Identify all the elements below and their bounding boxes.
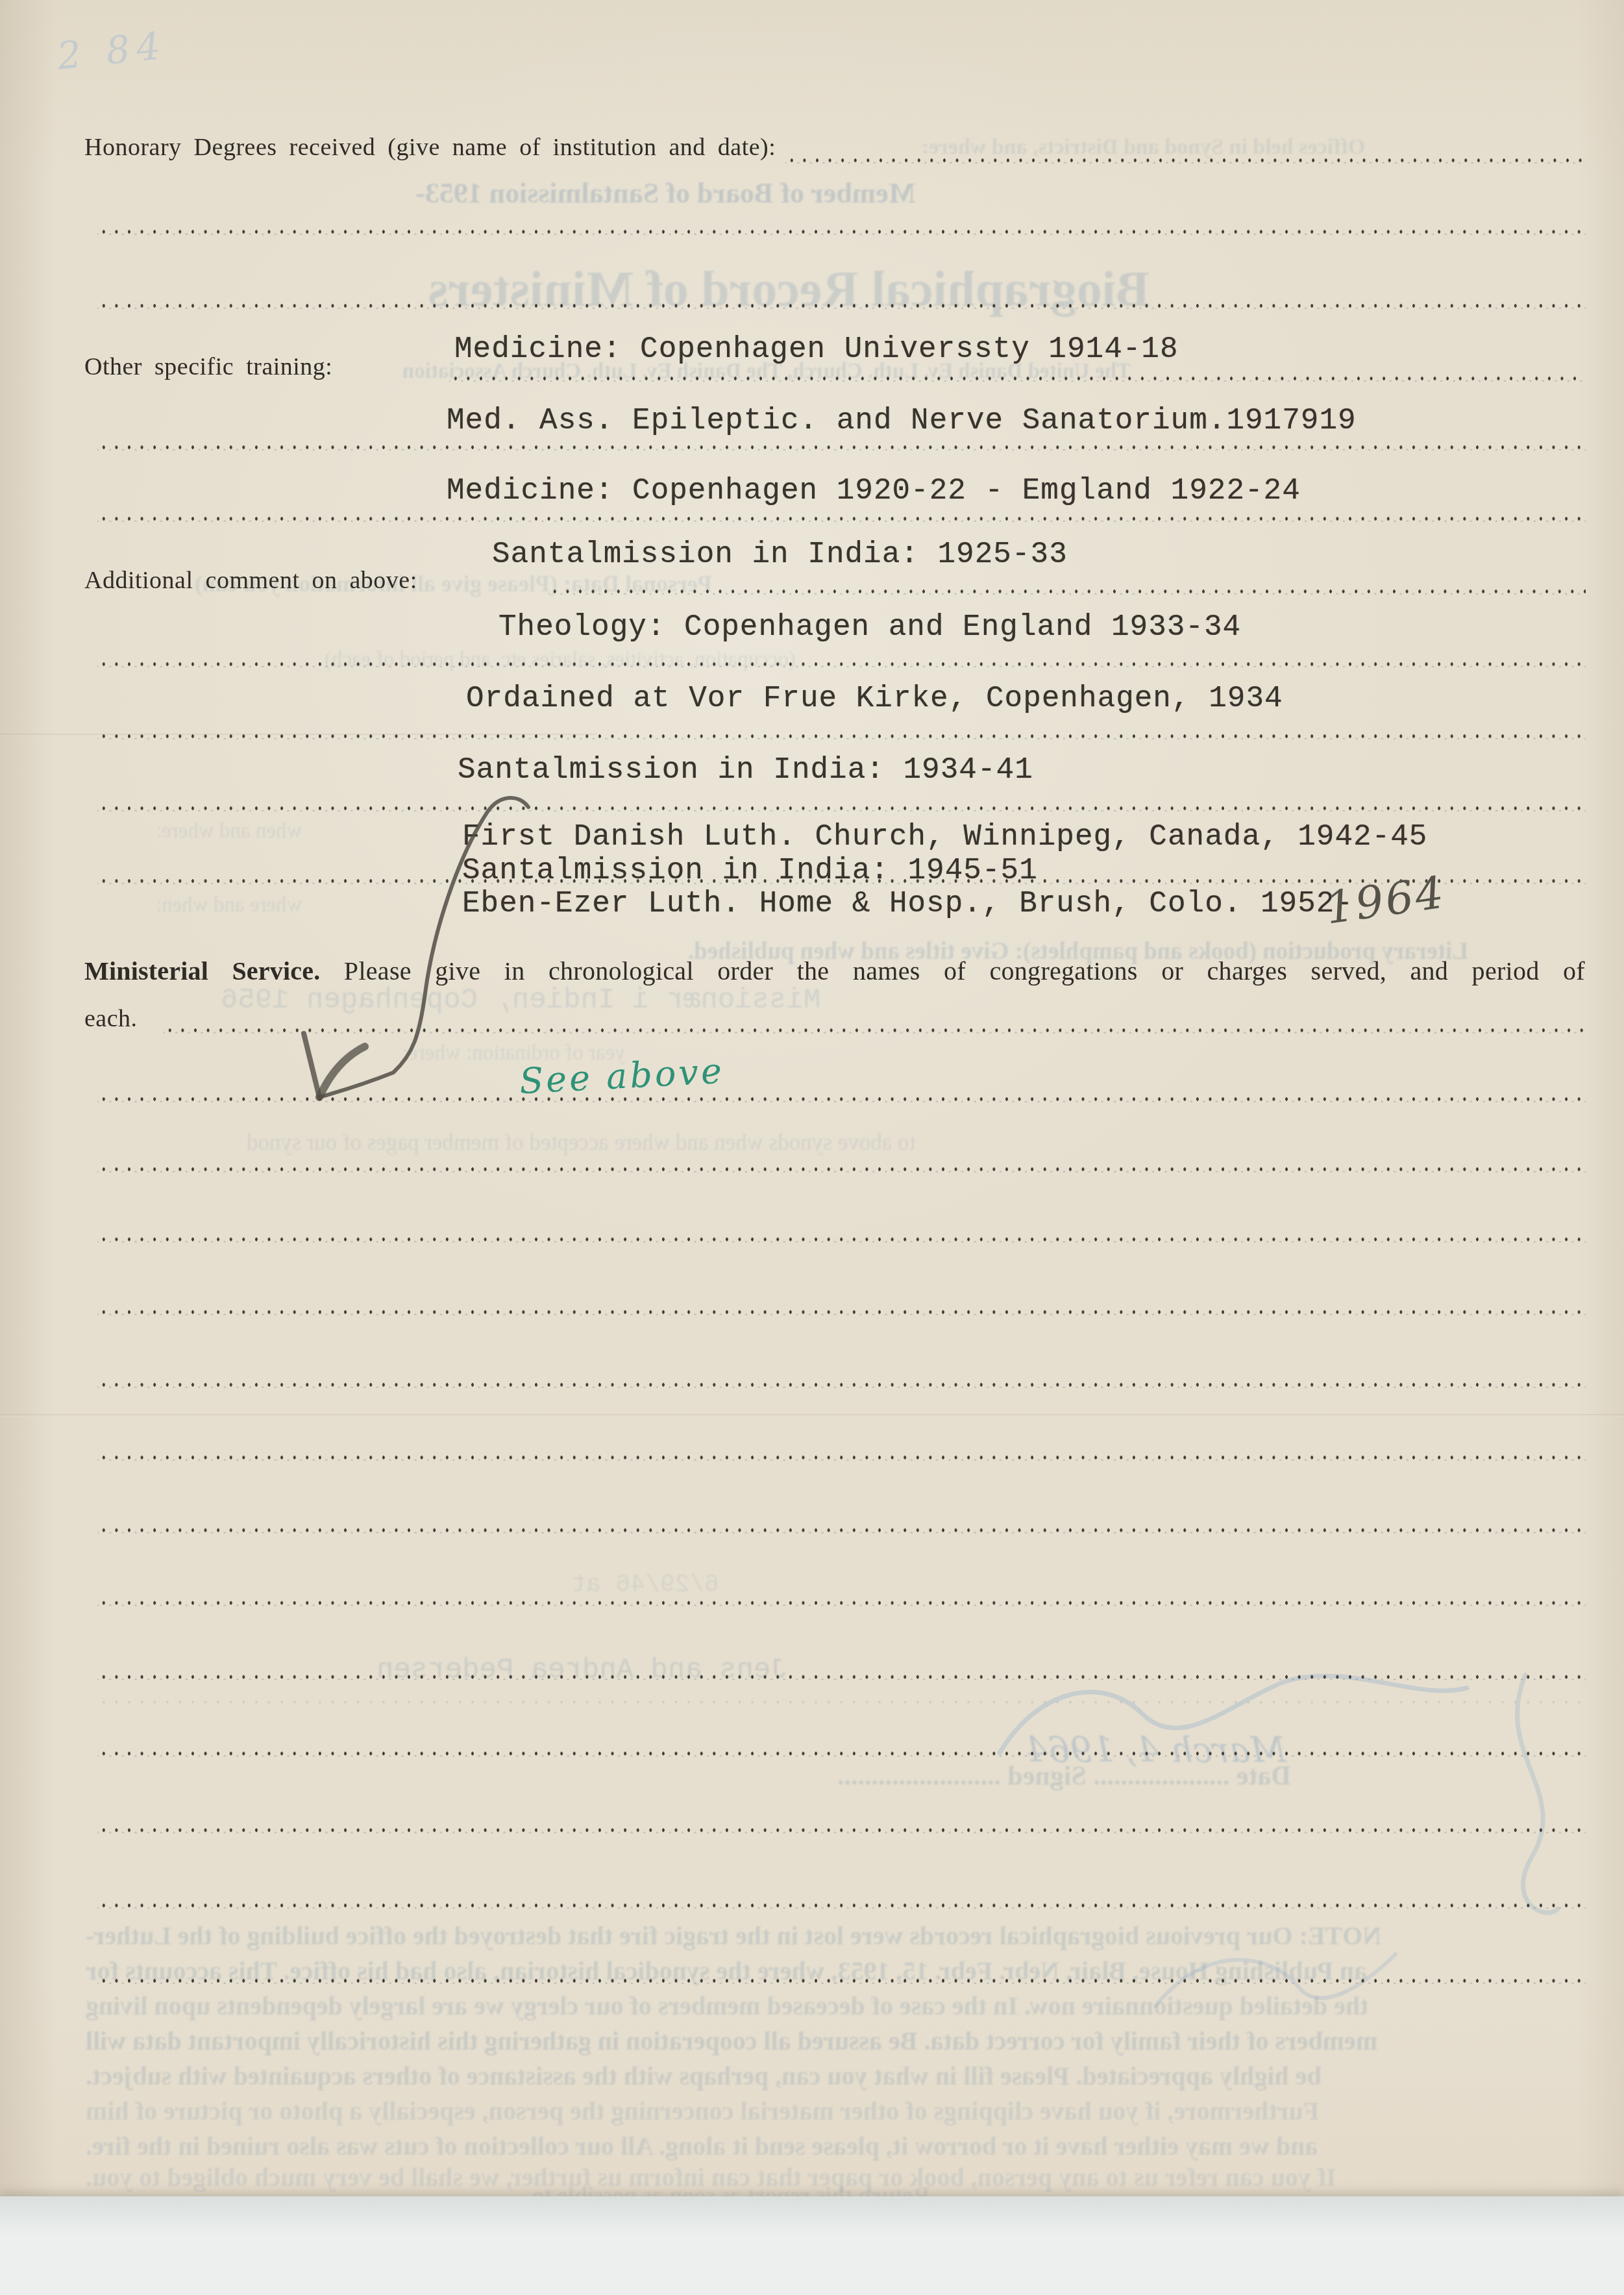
dotted-answer-line bbox=[97, 1452, 1586, 1461]
bleed-dotted-line bbox=[97, 1698, 1586, 1706]
dotted-answer-line bbox=[97, 1824, 1586, 1833]
typed-entry: Santalmission in India: 1925-33 bbox=[492, 538, 1068, 571]
ministerial-service-paragraph: Ministerial Service. Please give in chro… bbox=[84, 956, 1585, 986]
bleed-through-text: NOTE: Our previous biographical records … bbox=[86, 1920, 1381, 1951]
typed-entry: Medicine: Copenhagen 1920-22 - Emgland 1… bbox=[447, 474, 1301, 508]
typed-entry: Theology: Copenhagen and England 1933-34 bbox=[498, 610, 1241, 644]
dotted-answer-line bbox=[97, 1671, 1586, 1680]
dotted-answer-line bbox=[97, 802, 1586, 812]
typed-entry: Med. Ass. Epileptic. and Nerve Sanatoriu… bbox=[447, 404, 1357, 438]
bleed-through-text: members of their family for correct data… bbox=[86, 2026, 1377, 2056]
typed-entry: Medicine: Copenhagen Universsty 1914-18 bbox=[454, 332, 1179, 366]
ministerial-service-text: Please give in chronological order the n… bbox=[320, 956, 1585, 986]
dotted-answer-line bbox=[449, 373, 1586, 382]
ministerial-each-label: each. bbox=[84, 1004, 138, 1033]
paper-crease bbox=[0, 1414, 1624, 1417]
bleed-through-text: 6/29/46 at bbox=[571, 1571, 719, 1599]
bleed-through-text: Member of Board of Santalmission 1953- bbox=[415, 177, 915, 210]
bleed-through-text: Missionær i Indien, Copenhagen 1956 bbox=[221, 984, 820, 1017]
typed-entry: Santalmission in India: 1934-41 bbox=[458, 753, 1033, 787]
bleed-through-text: where and when: bbox=[156, 893, 302, 917]
scanned-form-page: 2 84 Honorary Degrees received (give nam… bbox=[0, 0, 1624, 2295]
other-training-label: Other specific training: bbox=[84, 353, 332, 381]
bleed-through-text: Biographical Record of Ministers bbox=[428, 260, 1150, 318]
dotted-answer-line bbox=[97, 513, 1586, 522]
dotted-answer-line bbox=[97, 1748, 1586, 1757]
dotted-answer-line bbox=[97, 1234, 1586, 1243]
typed-entry: First Danish Luth. Church, Winnipeg, Can… bbox=[462, 820, 1427, 854]
dotted-answer-line bbox=[97, 1524, 1586, 1533]
dotted-answer-line bbox=[97, 1900, 1586, 1909]
dotted-answer-line bbox=[97, 441, 1586, 451]
bleed-through-text: when and where: bbox=[156, 819, 302, 843]
dotted-answer-line bbox=[164, 1024, 1586, 1034]
dotted-answer-line bbox=[97, 1597, 1586, 1606]
ministerial-service-bold: Ministerial Service. bbox=[84, 956, 320, 986]
dotted-answer-line bbox=[97, 1975, 1586, 1984]
bleed-through-text: and we may either have it or borrow it, … bbox=[86, 2131, 1318, 2161]
dotted-answer-line bbox=[97, 300, 1586, 309]
bleed-through-text: Jens and Andrea Pedersen bbox=[376, 1654, 788, 1687]
dotted-answer-line bbox=[97, 1379, 1586, 1388]
honorary-degrees-label: Honorary Degrees received (give name of … bbox=[84, 133, 776, 162]
dotted-answer-line bbox=[548, 586, 1586, 595]
scan-bed-strip bbox=[0, 2196, 1624, 2295]
dotted-answer-line bbox=[97, 658, 1586, 667]
dotted-answer-line bbox=[97, 730, 1586, 739]
bleed-through-text: Furthermore, if you have clippings of ot… bbox=[86, 2096, 1319, 2126]
additional-comment-label: Additional comment on above: bbox=[84, 566, 417, 595]
bleed-through-text: to above synods when and where accepted … bbox=[247, 1130, 915, 1156]
dotted-answer-line bbox=[785, 155, 1586, 164]
bleed-through-text: be highly appreciated. Please fill in wh… bbox=[86, 2061, 1322, 2091]
dotted-answer-line bbox=[97, 1093, 1586, 1102]
bleed-through-text: the detailed questionnaire now. In the c… bbox=[86, 1991, 1369, 2021]
dotted-answer-line bbox=[97, 226, 1586, 235]
dotted-answer-line bbox=[97, 1306, 1586, 1315]
dotted-answer-line bbox=[97, 1163, 1586, 1172]
typed-entry: Eben-Ezer Luth. Home & Hosp., Brush, Col… bbox=[462, 887, 1353, 921]
typed-entry: Ordained at Vor Frue Kirke, Copenhagen, … bbox=[466, 682, 1283, 715]
